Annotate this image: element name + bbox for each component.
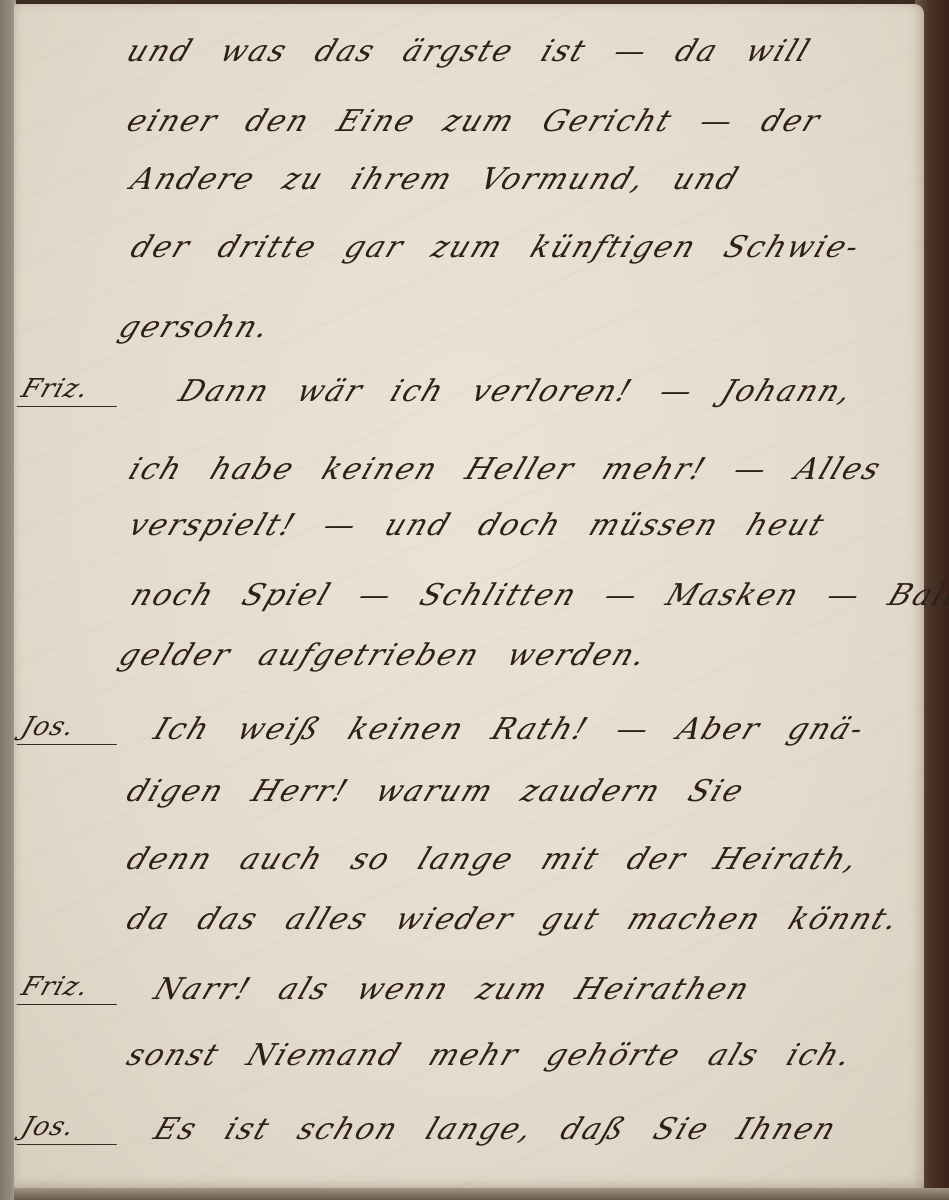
- line-text: Es ist schon lange, daß Sie Ihnen: [149, 1112, 842, 1147]
- manuscript-line: der dritte gar zum künftigen Schwie-: [14, 222, 924, 282]
- manuscript-line: da das alles wieder gut machen könnt.: [14, 894, 924, 954]
- line-text: der dritte gar zum künftigen Schwie-: [126, 230, 865, 265]
- line-text: einer den Eine zum Gericht — der: [122, 104, 826, 139]
- manuscript-line: Jos. Es ist schon lange, daß Sie Ihnen: [14, 1104, 924, 1164]
- line-text: noch Spiel — Schlitten — Masken — Ball-: [126, 578, 949, 613]
- speaker-label: Jos.: [17, 1112, 128, 1145]
- manuscript-page: und was das ärgste ist — da will einer d…: [14, 4, 924, 1190]
- line-text: ich habe keinen Heller mehr! — Alles: [124, 452, 887, 487]
- line-text: Narr! als wenn zum Heirathen: [149, 972, 755, 1007]
- manuscript-line: digen Herr! warum zaudern Sie: [14, 766, 924, 826]
- line-text: gersohn.: [114, 310, 276, 345]
- line-text: Andere zu ihrem Vormund, und: [126, 162, 745, 197]
- manuscript-line: Friz. Dann wär ich verloren! — Johann,: [14, 366, 924, 426]
- manuscript-line: verspielt! — und doch müssen heut: [14, 500, 924, 560]
- manuscript-line: denn auch so lange mit der Heirath,: [14, 834, 924, 894]
- speaker-label: Friz.: [17, 972, 128, 1005]
- manuscript-line: ich habe keinen Heller mehr! — Alles: [14, 444, 924, 504]
- manuscript-line: gersohn.: [14, 302, 924, 362]
- line-text: verspielt! — und doch müssen heut: [124, 508, 830, 543]
- line-text: da das alles wieder gut machen könnt.: [122, 902, 905, 937]
- line-text: sonst Niemand mehr gehörte als ich.: [122, 1038, 858, 1073]
- line-text: und was das ärgste ist — da will: [122, 34, 816, 69]
- line-text: digen Herr! warum zaudern Sie: [122, 774, 750, 809]
- line-text: Dann wär ich verloren! — Johann,: [174, 374, 858, 409]
- manuscript-line: Andere zu ihrem Vormund, und: [14, 154, 924, 214]
- manuscript-line: Friz. Narr! als wenn zum Heirathen: [14, 964, 924, 1024]
- manuscript-line: und was das ärgste ist — da will: [14, 26, 924, 86]
- manuscript-line: einer den Eine zum Gericht — der: [14, 96, 924, 156]
- manuscript-line: noch Spiel — Schlitten — Masken — Ball-: [14, 570, 924, 630]
- speaker-label: Jos.: [17, 712, 128, 745]
- manuscript-line: sonst Niemand mehr gehörte als ich.: [14, 1030, 924, 1090]
- line-text: denn auch so lange mit der Heirath,: [122, 842, 864, 877]
- line-text: gelder aufgetrieben werden.: [114, 638, 653, 673]
- page-bottom-edge: [14, 1188, 949, 1200]
- speaker-label: Friz.: [17, 374, 128, 407]
- manuscript-line: Jos. Ich weiß keinen Rath! — Aber gnä-: [14, 704, 924, 764]
- manuscript-line: gelder aufgetrieben werden.: [14, 630, 924, 690]
- line-text: Ich weiß keinen Rath! — Aber gnä-: [149, 712, 870, 747]
